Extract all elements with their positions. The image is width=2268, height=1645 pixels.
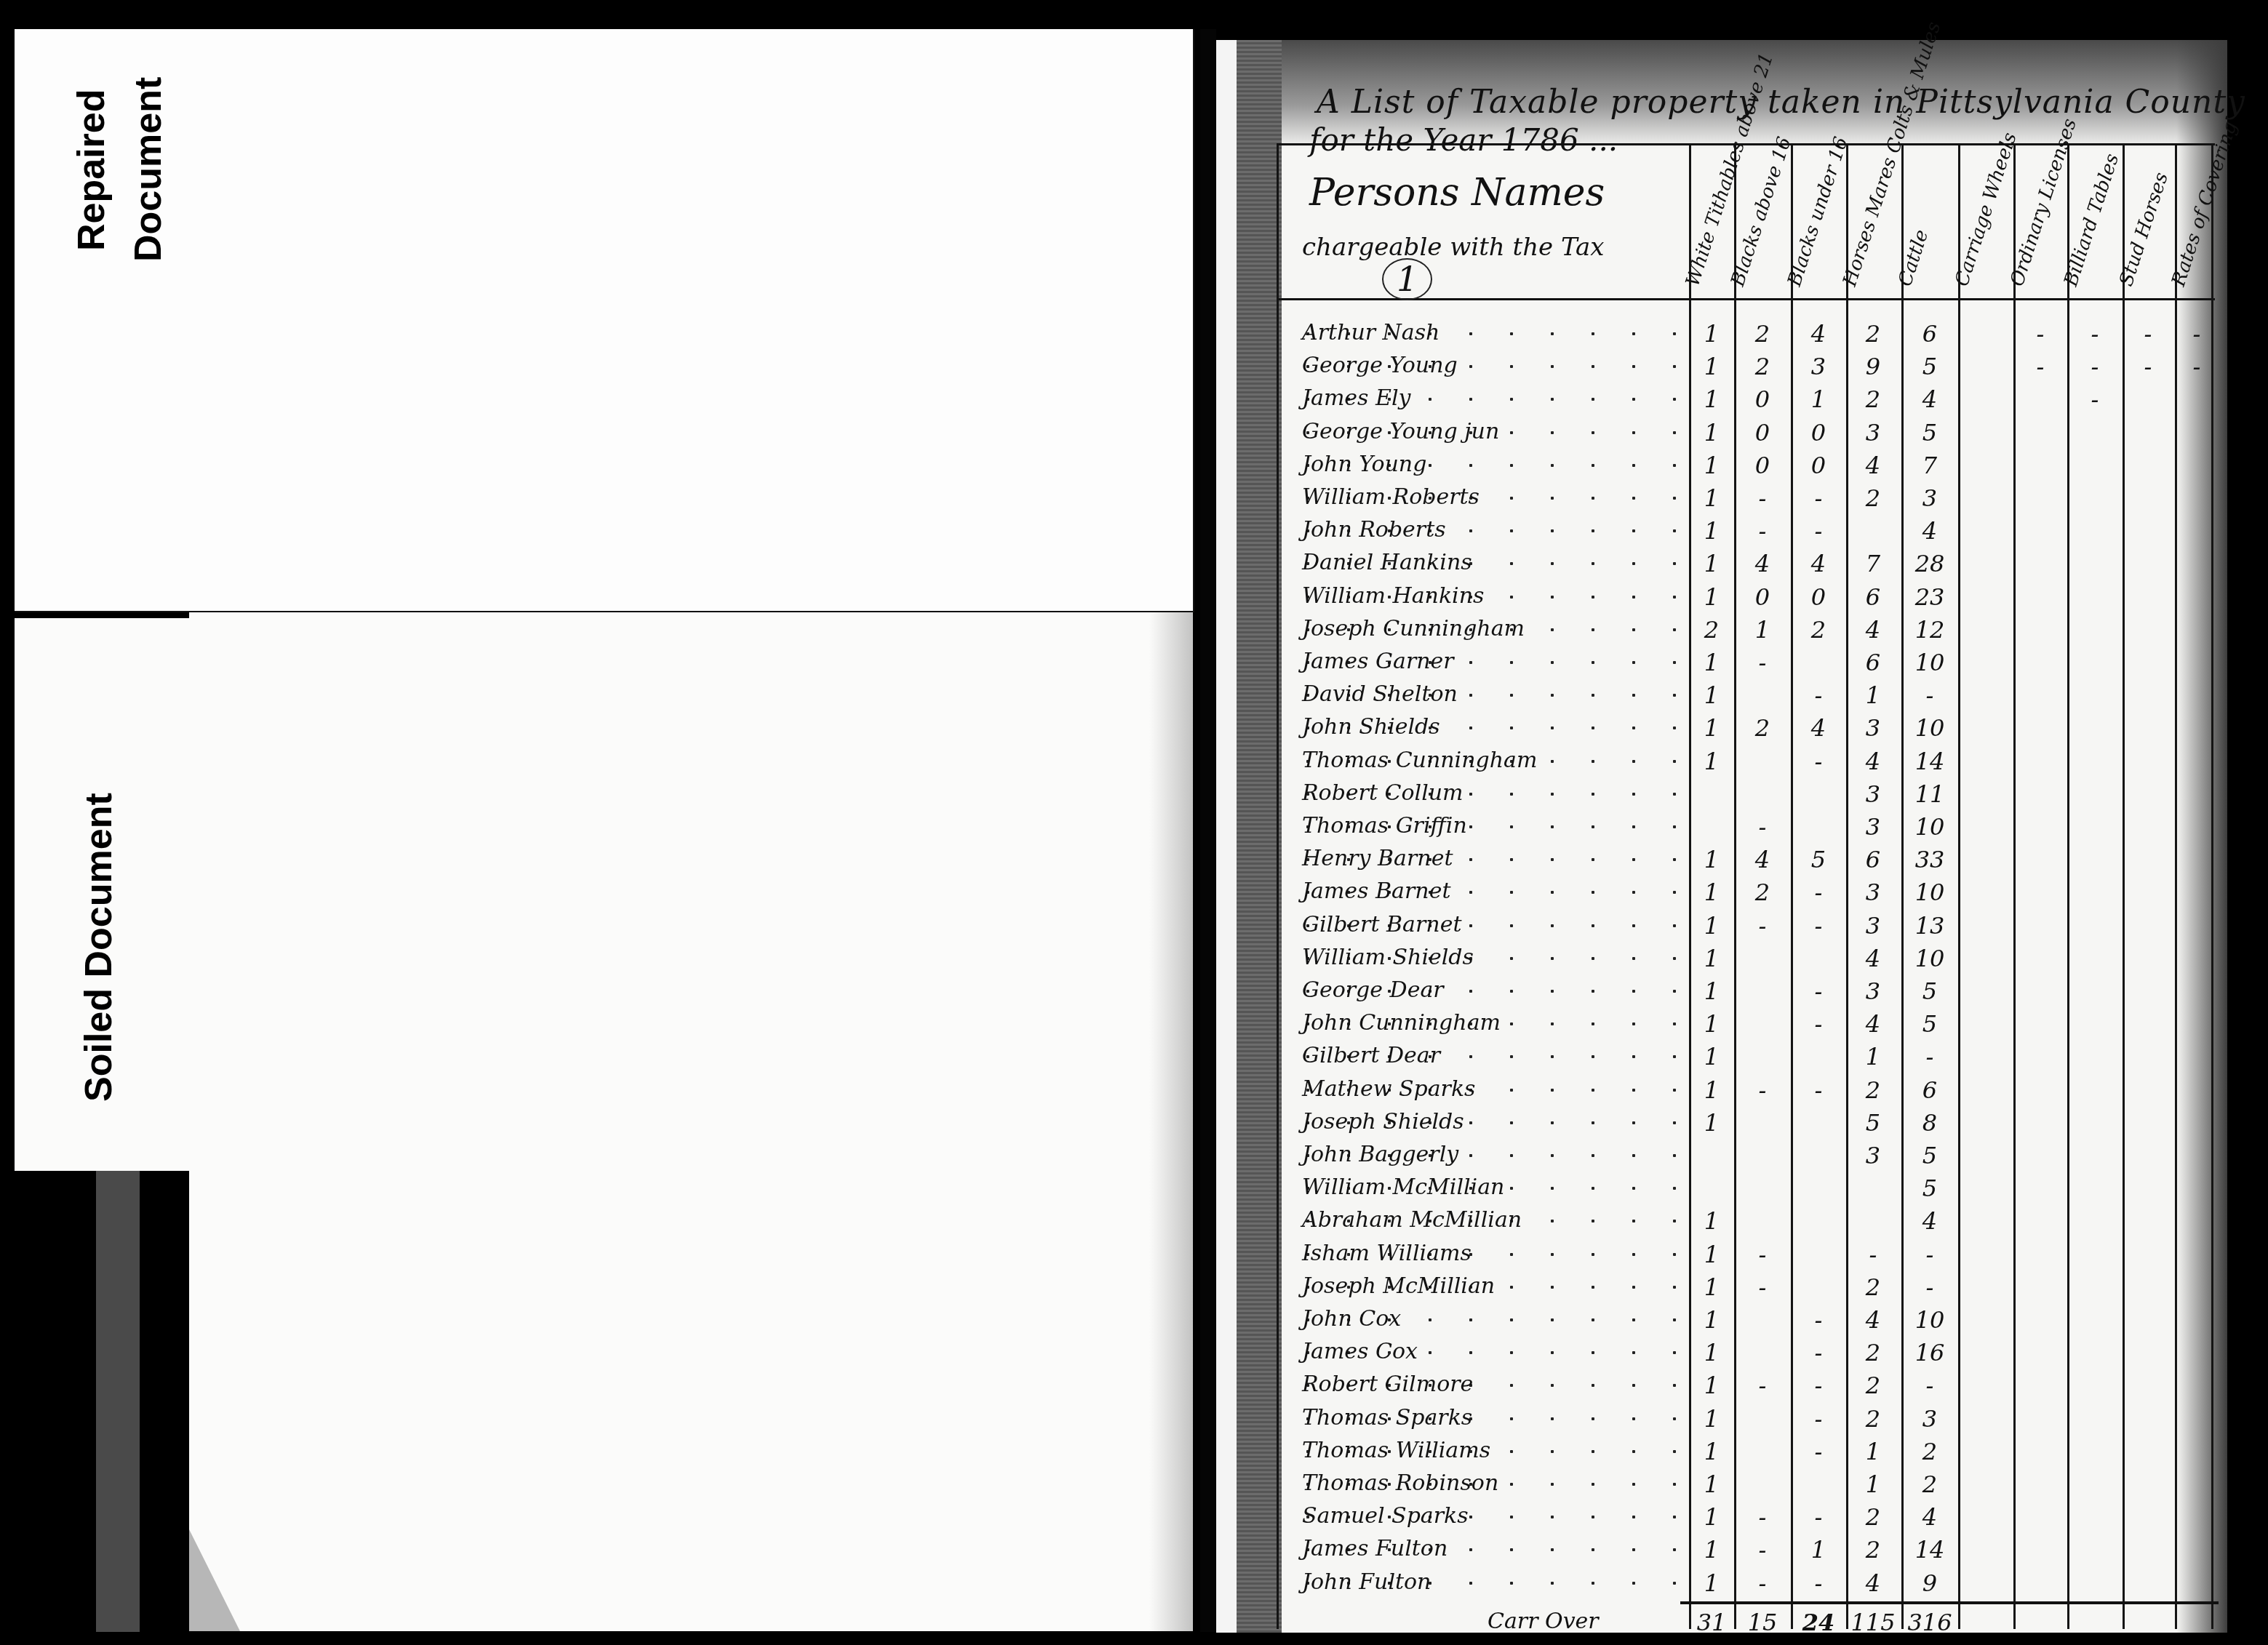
value-cell: 2 <box>1848 1503 1898 1531</box>
value-cell: 5 <box>1904 1174 1955 1202</box>
value-cell: 1 <box>1686 1339 1737 1366</box>
value-cell: 5 <box>1904 977 1955 1005</box>
person-name: John Young <box>1302 452 1426 477</box>
value-cell: 1 <box>1686 1207 1737 1235</box>
value-cell: 1 <box>1686 1569 1737 1597</box>
repaired-document-tab <box>15 29 1194 612</box>
person-name: Isham Williams <box>1302 1241 1472 1266</box>
total-blacks-above-16: 15 <box>1737 1609 1788 1636</box>
value-cell: 2 <box>1848 1273 1898 1301</box>
value-cell: 10 <box>1904 878 1955 906</box>
table-row: Mathew Sparks1--26 <box>1302 1076 2219 1108</box>
value-cell: - <box>1793 1569 1844 1597</box>
person-name: Thomas Sparks <box>1302 1405 1472 1430</box>
value-cell: 4 <box>1848 452 1898 479</box>
table-row: John Cox1-410 <box>1302 1306 2219 1338</box>
value-cell: 4 <box>1848 1569 1898 1597</box>
value-cell: 11 <box>1904 780 1955 808</box>
value-cell: 2 <box>1737 353 1788 380</box>
person-name: William McMillian <box>1302 1174 1504 1200</box>
column-header-blacks-under-16: Blacks under 16 <box>1791 149 1846 295</box>
value-cell: 6 <box>1848 846 1898 873</box>
ledger-title: A List of Taxable property taken in Pitt… <box>1317 84 2245 121</box>
right-frame-edge <box>2227 29 2256 1632</box>
value-cell: 1 <box>1793 1536 1844 1564</box>
value-cell: 1 <box>1686 1372 1737 1399</box>
value-cell: - <box>1904 1043 1955 1070</box>
value-cell: - <box>1737 484 1788 512</box>
value-cell: 0 <box>1737 385 1788 413</box>
value-cell: 10 <box>1904 945 1955 972</box>
value-cell: 1 <box>1686 1405 1737 1433</box>
column-header-blacks-above-16: Blacks above 16 <box>1734 149 1791 295</box>
value-cell: - <box>1793 1405 1844 1433</box>
table-row: James Barnet12-310 <box>1302 878 2219 910</box>
value-cell: 6 <box>1848 583 1898 611</box>
value-cell: 1 <box>1686 550 1737 577</box>
person-name: William Hankins <box>1302 583 1484 609</box>
value-cell: 1 <box>1686 1470 1737 1498</box>
value-cell: - <box>1904 1273 1955 1301</box>
value-cell: 1 <box>1686 320 1737 348</box>
value-cell: 1 <box>1686 1536 1737 1564</box>
value-cell: 1 <box>1686 748 1737 775</box>
table-row: Thomas Robinson112 <box>1302 1470 2219 1502</box>
person-name: Henry Barnet <box>1302 846 1453 871</box>
value-cell: 5 <box>1793 846 1844 873</box>
table-row: William Roberts1--23 <box>1302 484 2219 516</box>
value-cell: 1 <box>1686 977 1737 1005</box>
value-cell: 6 <box>1904 1076 1955 1104</box>
value-cell: 1 <box>1686 878 1737 906</box>
value-cell: 10 <box>1904 714 1955 742</box>
value-cell: 12 <box>1904 616 1955 644</box>
person-name: Thomas Cunningham <box>1302 748 1537 773</box>
value-cell: - <box>2123 320 2173 348</box>
table-row: Joseph Cunningham212412 <box>1302 616 2219 648</box>
person-name: Gilbert Dear <box>1302 1043 1440 1068</box>
value-cell: - <box>1793 748 1844 775</box>
value-cell: 8 <box>1904 1109 1955 1137</box>
column-header-cattle: Cattle <box>1901 149 1958 295</box>
value-cell: 4 <box>1848 616 1898 644</box>
person-name: James Ely <box>1302 385 1411 411</box>
value-cell: - <box>2171 320 2222 348</box>
person-name: William Roberts <box>1302 484 1480 510</box>
column-header-stud-horses: Stud Horses <box>2123 149 2175 295</box>
value-cell: - <box>1737 1241 1788 1268</box>
value-cell: - <box>1793 1503 1844 1531</box>
column-header-white-tithables: White Tithables above 21 <box>1689 149 1734 295</box>
value-cell: 33 <box>1904 846 1955 873</box>
total-blacks-under-16: 24 <box>1793 1609 1844 1636</box>
person-name: Gilbert Barnet <box>1302 912 1461 937</box>
table-row: William Shields1410 <box>1302 945 2219 977</box>
value-cell: - <box>1793 1438 1844 1465</box>
table-row: Samuel Sparks1--24 <box>1302 1503 2219 1535</box>
value-cell: 3 <box>1848 1142 1898 1169</box>
table-row: John Roberts1--4 <box>1302 517 2219 549</box>
person-name: Joseph McMillian <box>1302 1273 1495 1299</box>
value-cell: 1 <box>1686 583 1737 611</box>
person-name: James Garner <box>1302 649 1454 674</box>
notch-grey-strip <box>96 1171 140 1632</box>
value-cell: 1 <box>1848 1470 1898 1498</box>
value-cell: 1 <box>1686 1043 1737 1070</box>
value-cell: 1 <box>1686 385 1737 413</box>
value-cell: 0 <box>1737 452 1788 479</box>
value-cell: 1 <box>1848 681 1898 709</box>
value-cell: 4 <box>1848 748 1898 775</box>
value-cell: 4 <box>1793 320 1844 348</box>
person-name: George Young jun <box>1302 419 1499 444</box>
value-cell: - <box>1793 1076 1844 1104</box>
person-name: Joseph Cunningham <box>1302 616 1525 641</box>
value-cell: 3 <box>1848 912 1898 940</box>
table-row: Daniel Hankins144728 <box>1302 550 2219 582</box>
table-row: Arthur Nash12426---- <box>1302 320 2219 352</box>
value-cell: 5 <box>1904 419 1955 447</box>
value-cell: 1 <box>1686 452 1737 479</box>
value-cell: 1 <box>1686 945 1737 972</box>
value-cell: 1 <box>1686 846 1737 873</box>
value-cell: 4 <box>1904 1503 1955 1531</box>
value-cell: 1 <box>1686 484 1737 512</box>
table-row: James Fulton1-1214 <box>1302 1536 2219 1568</box>
value-cell: 13 <box>1904 912 1955 940</box>
value-cell: 1 <box>1686 1109 1737 1137</box>
binding-grey-strip <box>1237 40 1282 1633</box>
value-cell: 1 <box>1686 912 1737 940</box>
table-row: John Baggerly35 <box>1302 1142 2219 1174</box>
table-row: Thomas Sparks1-23 <box>1302 1405 2219 1437</box>
value-cell: 2 <box>1848 320 1898 348</box>
value-cell: - <box>2069 353 2120 380</box>
value-cell: 4 <box>1793 714 1844 742</box>
value-cell: 6 <box>1904 320 1955 348</box>
person-name: Abraham McMillian <box>1302 1207 1522 1233</box>
table-row: David Shelton1-1- <box>1302 681 2219 713</box>
value-cell: 14 <box>1904 748 1955 775</box>
table-row: Robert Collum311 <box>1302 780 2219 812</box>
person-name: George Dear <box>1302 977 1444 1003</box>
person-name: Daniel Hankins <box>1302 550 1472 575</box>
names-header: Persons Names <box>1309 171 1605 215</box>
table-row: Thomas Cunningham1-414 <box>1302 748 2219 780</box>
value-cell: 2 <box>1904 1438 1955 1465</box>
column-header-carriage-wheels: Carriage Wheels <box>1958 149 2013 295</box>
value-cell: - <box>1737 1273 1788 1301</box>
total-cattle: 316 <box>1904 1609 1955 1636</box>
table-row: John Shields124310 <box>1302 714 2219 746</box>
person-name: Arthur Nash <box>1302 320 1440 345</box>
value-cell: 7 <box>1848 550 1898 577</box>
repaired-label: Repaired <box>73 89 111 251</box>
repaired-document-label: Document <box>129 77 167 262</box>
value-cell: - <box>1904 1241 1955 1268</box>
table-row: John Young10047 <box>1302 452 2219 484</box>
table-row: Joseph Shields158 <box>1302 1109 2219 1141</box>
value-cell: 3 <box>1904 484 1955 512</box>
value-cell: 1 <box>1793 385 1844 413</box>
table-row: James Cox1-216 <box>1302 1339 2219 1371</box>
value-cell: 2 <box>1904 1470 1955 1498</box>
value-cell: - <box>1737 1536 1788 1564</box>
value-cell: 3 <box>1793 353 1844 380</box>
value-cell: 23 <box>1904 583 1955 611</box>
person-name: John Baggerly <box>1302 1142 1458 1167</box>
names-subheader: chargeable with the Tax <box>1302 233 1605 262</box>
person-name: Thomas Robinson <box>1302 1470 1498 1496</box>
value-cell: 14 <box>1904 1536 1955 1564</box>
value-cell: 0 <box>1737 419 1788 447</box>
value-cell: - <box>2069 385 2120 413</box>
table-row: John Cunningham1-45 <box>1302 1010 2219 1042</box>
person-name: John Shields <box>1302 714 1440 740</box>
value-cell: 1 <box>1686 649 1737 676</box>
value-cell: 6 <box>1848 649 1898 676</box>
person-name: David Shelton <box>1302 681 1458 707</box>
value-cell: 9 <box>1848 353 1898 380</box>
value-cell: - <box>1793 977 1844 1005</box>
value-cell: 1 <box>1686 1273 1737 1301</box>
value-cell: 3 <box>1848 878 1898 906</box>
value-cell: 1 <box>1686 1438 1737 1465</box>
binding-gutter <box>1200 29 1216 1632</box>
table-row: George Dear1-35 <box>1302 977 2219 1009</box>
table-row: Gilbert Barnet1--313 <box>1302 912 2219 944</box>
person-name: Robert Gilmore <box>1302 1372 1473 1397</box>
value-cell: - <box>1904 681 1955 709</box>
value-cell: - <box>1793 912 1844 940</box>
value-cell: - <box>1793 878 1844 906</box>
table-row: William Hankins100623 <box>1302 583 2219 615</box>
value-cell: 10 <box>1904 1306 1955 1334</box>
value-cell: 3 <box>1848 813 1898 841</box>
value-cell: 1 <box>1686 714 1737 742</box>
table-row: Thomas Williams1-12 <box>1302 1438 2219 1470</box>
table-row: George Young12395---- <box>1302 353 2219 385</box>
table-row: Abraham McMillian14 <box>1302 1207 2219 1239</box>
value-cell: - <box>1737 813 1788 841</box>
value-cell: 1 <box>1737 616 1788 644</box>
value-cell: 16 <box>1904 1339 1955 1366</box>
value-cell: - <box>1793 1372 1844 1399</box>
value-cell: 4 <box>1848 945 1898 972</box>
corner-stain <box>189 1529 240 1631</box>
value-cell: 1 <box>1686 1241 1737 1268</box>
value-cell: 5 <box>1904 353 1955 380</box>
table-row: Gilbert Dear11- <box>1302 1043 2219 1075</box>
value-cell: - <box>1737 1372 1788 1399</box>
value-cell: - <box>1737 517 1788 545</box>
value-cell: - <box>1737 912 1788 940</box>
person-name: Joseph Shields <box>1302 1109 1464 1134</box>
total-white-tithables: 31 <box>1686 1609 1737 1636</box>
value-cell: 1 <box>1686 419 1737 447</box>
value-cell: 2 <box>1793 616 1844 644</box>
value-cell: - <box>2069 320 2120 348</box>
value-cell: 2 <box>1848 385 1898 413</box>
value-cell: - <box>1793 484 1844 512</box>
value-cell: 4 <box>1793 550 1844 577</box>
value-cell: 0 <box>1793 452 1844 479</box>
totals-rule <box>1680 1601 2219 1604</box>
value-cell: 28 <box>1904 550 1955 577</box>
value-cell: 9 <box>1904 1569 1955 1597</box>
value-cell: 3 <box>1848 977 1898 1005</box>
person-name: John Roberts <box>1302 517 1446 543</box>
person-name: John Fulton <box>1302 1569 1431 1595</box>
value-cell: - <box>1793 1339 1844 1366</box>
value-cell: 4 <box>1904 1207 1955 1235</box>
person-name: James Fulton <box>1302 1536 1448 1561</box>
table-row: John Fulton1--49 <box>1302 1569 2219 1601</box>
value-cell: - <box>2123 353 2173 380</box>
value-cell: 2 <box>1848 1076 1898 1104</box>
value-cell: 4 <box>1737 550 1788 577</box>
value-cell: 1 <box>1848 1438 1898 1465</box>
value-cell: 5 <box>1904 1142 1955 1169</box>
column-header-ordinary-licenses: Ordinary Licenses <box>2013 149 2067 295</box>
value-cell: 1 <box>1686 1306 1737 1334</box>
value-cell: 1 <box>1686 1010 1737 1038</box>
binding-white-strip <box>1216 40 1237 1633</box>
value-cell: - <box>1737 1569 1788 1597</box>
value-cell: 1 <box>1686 1503 1737 1531</box>
table-row: Joseph McMillian1-2- <box>1302 1273 2219 1305</box>
value-cell: 1 <box>1686 353 1737 380</box>
value-cell: 4 <box>1737 846 1788 873</box>
value-cell: - <box>1793 1010 1844 1038</box>
value-cell: 0 <box>1793 419 1844 447</box>
value-cell: 3 <box>1848 780 1898 808</box>
value-cell: - <box>2015 320 2066 348</box>
value-cell: 0 <box>1737 583 1788 611</box>
person-name: John Cox <box>1302 1306 1401 1332</box>
value-cell: - <box>1793 517 1844 545</box>
value-cell: 0 <box>1793 583 1844 611</box>
carried-over-label: Carr Over <box>1488 1609 1599 1634</box>
value-cell: 7 <box>1904 452 1955 479</box>
table-row: Robert Gilmore1--2- <box>1302 1372 2219 1404</box>
person-name: James Barnet <box>1302 878 1450 904</box>
person-name: Mathew Sparks <box>1302 1076 1476 1102</box>
column-header-horses: Horses Mares Colts & Mules <box>1846 149 1901 295</box>
value-cell: 4 <box>1904 517 1955 545</box>
value-cell: 3 <box>1848 419 1898 447</box>
column-header-rates-of-covering: Rates of Covering <box>2175 149 2211 295</box>
person-name: Thomas Griffin <box>1302 813 1467 838</box>
page-number-mark: 1 <box>1382 258 1432 300</box>
value-cell: 3 <box>1904 1405 1955 1433</box>
value-cell: 10 <box>1904 813 1955 841</box>
soiled-document-label: Soiled Document <box>80 793 118 1102</box>
value-cell: - <box>1793 681 1844 709</box>
value-cell: 2 <box>1848 1372 1898 1399</box>
person-name: William Shields <box>1302 945 1474 970</box>
value-cell: 3 <box>1848 714 1898 742</box>
value-cell: 1 <box>1686 1076 1737 1104</box>
table-row: Thomas Griffin-310 <box>1302 813 2219 845</box>
value-cell: - <box>1793 1306 1844 1334</box>
value-cell: 2 <box>1848 484 1898 512</box>
value-cell: 2 <box>1686 616 1737 644</box>
value-cell: - <box>1737 1076 1788 1104</box>
person-name: Samuel Sparks <box>1302 1503 1469 1529</box>
table-row: William McMillian5 <box>1302 1174 2219 1206</box>
value-cell: 1 <box>1686 681 1737 709</box>
value-cell: 5 <box>1848 1109 1898 1137</box>
value-cell: - <box>1737 649 1788 676</box>
value-cell: 2 <box>1848 1536 1898 1564</box>
value-cell: 1 <box>1686 517 1737 545</box>
value-cell: 4 <box>1848 1306 1898 1334</box>
value-cell: 2 <box>1737 320 1788 348</box>
table-row: James Ely10124- <box>1302 385 2219 417</box>
table-row: George Young jun10035 <box>1302 419 2219 451</box>
bottom-left-notch <box>15 1171 189 1632</box>
value-cell: - <box>1737 1503 1788 1531</box>
value-cell: 4 <box>1904 385 1955 413</box>
value-cell: 5 <box>1904 1010 1955 1038</box>
person-name: George Young <box>1302 353 1458 378</box>
value-cell: 4 <box>1848 1010 1898 1038</box>
value-cell: 2 <box>1737 878 1788 906</box>
total-horses: 115 <box>1848 1609 1898 1636</box>
table-row: Henry Barnet145633 <box>1302 846 2219 878</box>
person-name: James Cox <box>1302 1339 1418 1364</box>
value-cell: 2 <box>1737 714 1788 742</box>
value-cell: - <box>1848 1241 1898 1268</box>
person-name: Robert Collum <box>1302 780 1464 806</box>
value-cell: 10 <box>1904 649 1955 676</box>
table-row: Isham Williams1--- <box>1302 1241 2219 1273</box>
value-cell: - <box>2015 353 2066 380</box>
value-cell: - <box>1904 1372 1955 1399</box>
column-header-billiard-tables: Billiard Tables <box>2067 149 2123 295</box>
value-cell: 2 <box>1848 1339 1898 1366</box>
value-cell: 1 <box>1848 1043 1898 1070</box>
value-cell: - <box>2171 353 2222 380</box>
table-left-border <box>1277 145 1279 1629</box>
person-name: Thomas Williams <box>1302 1438 1490 1463</box>
table-row: James Garner1-610 <box>1302 649 2219 681</box>
value-cell: 2 <box>1848 1405 1898 1433</box>
person-name: John Cunningham <box>1302 1010 1501 1036</box>
